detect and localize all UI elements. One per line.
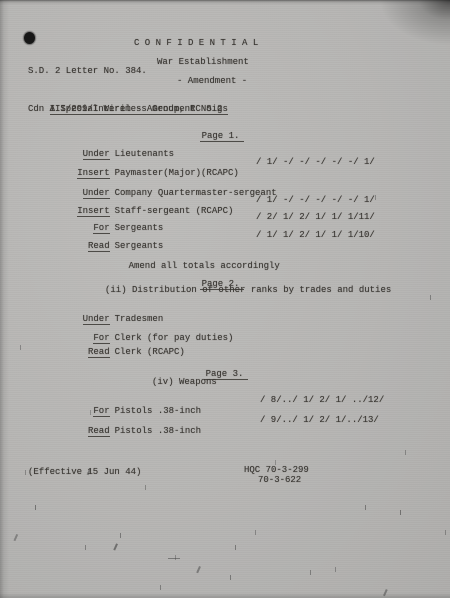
section-note: (iv) Weapons [152, 377, 217, 388]
row-establishment-numbers: / 1/ -/ -/ -/ -/ -/ 1/ [256, 157, 375, 168]
row-establishment-numbers: / 9/../ 1/ 2/ 1/../13/ [260, 415, 379, 426]
scan-noise [168, 558, 180, 559]
amendment-number-line: Cdn III/299/Interim - Amendment No.2 [28, 104, 222, 115]
section-note: (ii) Distribution of other ranks by trad… [105, 285, 391, 296]
row-keyword: Read [88, 347, 110, 358]
amendment-label: - Amendment - [177, 76, 247, 87]
letter-number: S.D. 2 Letter No. 384. [28, 66, 147, 77]
row-text: Pistols .38-inch [115, 426, 201, 436]
file-reference-2: 70-3-622 [258, 475, 301, 486]
row-establishment-numbers: / 2/ 1/ 2/ 1/ 1/ 1/11/ [256, 212, 375, 223]
punch-hole-mark [24, 32, 35, 44]
row-establishment-numbers: / 1/ 1/ 2/ 1/ 1/ 1/10/ [256, 230, 375, 241]
classification-banner: C O N F I D E N T I A L [134, 38, 258, 49]
row-establishment-numbers: / 1/ -/ -/ -/ -/ -/ 1/ [256, 195, 375, 206]
scanned-document-page: C O N F I D E N T I A L War Establishmen… [0, 0, 450, 598]
row-establishment-numbers: / 8/../ 1/ 2/ 1/ ../12/ [260, 395, 384, 406]
document-title: War Establishment [157, 57, 249, 68]
row-keyword: Read [88, 426, 110, 437]
scan-noise [35, 505, 36, 510]
amendment-row: ReadPistols .38-inch / 9/../ 1/ 2/ 1/../… [20, 415, 444, 459]
effective-date: (Effective 15 Jun 44) [28, 467, 141, 478]
row-text: Clerk (RCAPC) [115, 347, 185, 357]
